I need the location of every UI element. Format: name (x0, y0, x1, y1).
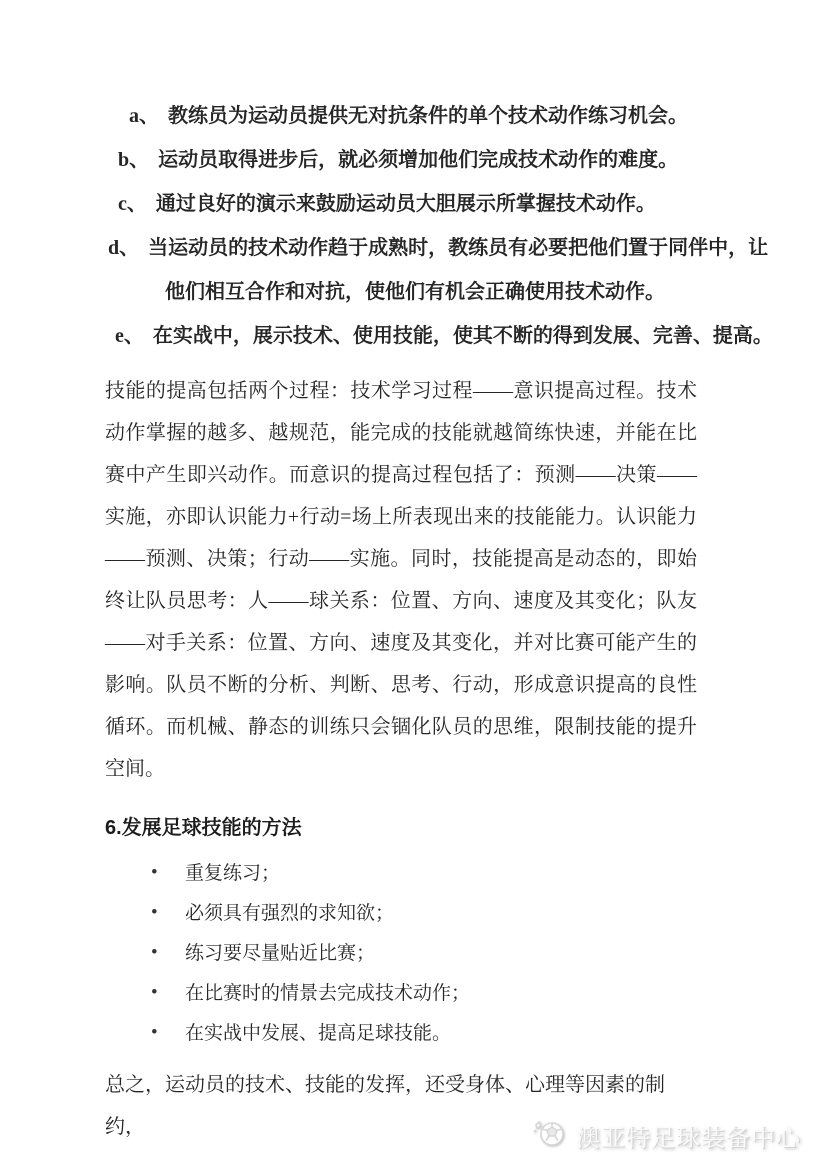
bullet-text: 在比赛时的情景去完成技术动作； (185, 983, 470, 1004)
item-label: c、 (118, 194, 147, 214)
bullet-text: 练习要尽量贴近比赛； (185, 943, 375, 964)
list-item-c: c、通过良好的演示来鼓励运动员大胆展示所掌握技术动作。 (105, 194, 697, 214)
item-label: b、 (118, 150, 149, 170)
item-text: 他们相互合作和对抗，使他们有机会正确使用技术动作。 (165, 281, 665, 303)
item-label: e、 (115, 326, 144, 346)
bullet-item: • 在实战中发展、提高足球技能。 (105, 1024, 697, 1044)
brand-watermark: 澳亚特足球装备中心 (533, 1118, 801, 1153)
item-text: 教练员为运动员提供无对抗条件的单个技术动作练习机会。 (168, 105, 688, 127)
bullet-dot: • (151, 943, 158, 963)
bullet-item: • 在比赛时的情景去完成技术动作； (105, 984, 697, 1004)
list-item-e: e、在实战中，展示技术、使用技能，使其不断的得到发展、完善、提高。 (105, 326, 697, 346)
bullet-dot: • (151, 863, 158, 883)
item-text: 通过良好的演示来鼓励运动员大胆展示所掌握技术动作。 (156, 193, 656, 215)
methods-bullet-list: • 重复练习； • 必须具有强烈的求知欲； • 练习要尽量贴近比赛； • 在比赛… (105, 864, 697, 1044)
item-text: 在实战中，展示技术、使用技能，使其不断的得到发展、完善、提高。 (153, 325, 773, 347)
bullet-dot: • (151, 1023, 158, 1043)
bullet-dot: • (151, 983, 158, 1003)
bullet-text: 必须具有强烈的求知欲； (185, 903, 394, 924)
soccer-ball-icon (533, 1118, 567, 1153)
bullet-dot: • (151, 903, 158, 923)
item-text: 运动员取得进步后，就必须增加他们完成技术动作的难度。 (158, 149, 678, 171)
list-item-d-continuation: 他们相互合作和对抗，使他们有机会正确使用技术动作。 (105, 282, 697, 302)
bullet-item: • 必须具有强烈的求知欲； (105, 904, 697, 924)
item-text: 当运动员的技术动作趋于成熟时，教练员有必要把他们置于同伴中，让 (148, 237, 768, 259)
page-content: a、教练员为运动员提供无对抗条件的单个技术动作练习机会。 b、运动员取得进步后，… (105, 106, 697, 1148)
list-item-a: a、教练员为运动员提供无对抗条件的单个技术动作练习机会。 (105, 106, 697, 126)
item-label: d、 (108, 238, 139, 258)
list-item-b: b、运动员取得进步后，就必须增加他们完成技术动作的难度。 (105, 150, 697, 170)
bullet-text: 在实战中发展、提高足球技能。 (185, 1023, 451, 1044)
document-page: a、教练员为运动员提供无对抗条件的单个技术动作练习机会。 b、运动员取得进步后，… (0, 0, 827, 1169)
bullet-item: • 练习要尽量贴近比赛； (105, 944, 697, 964)
list-item-d: d、当运动员的技术动作趋于成熟时，教练员有必要把他们置于同伴中，让 (105, 238, 697, 258)
watermark-label: 澳亚特足球装备中心 (576, 1118, 801, 1153)
section-heading: 6.发展足球技能的方法 (105, 816, 697, 840)
bullet-item: • 重复练习； (105, 864, 697, 884)
lettered-list: a、教练员为运动员提供无对抗条件的单个技术动作练习机会。 b、运动员取得进步后，… (105, 106, 697, 346)
skills-improvement-paragraph: 技能的提高包括两个过程：技术学习过程——意识提高过程。技术动作掌握的越多、越规范… (105, 370, 697, 790)
bullet-text: 重复练习； (185, 863, 280, 884)
item-label: a、 (129, 106, 159, 126)
